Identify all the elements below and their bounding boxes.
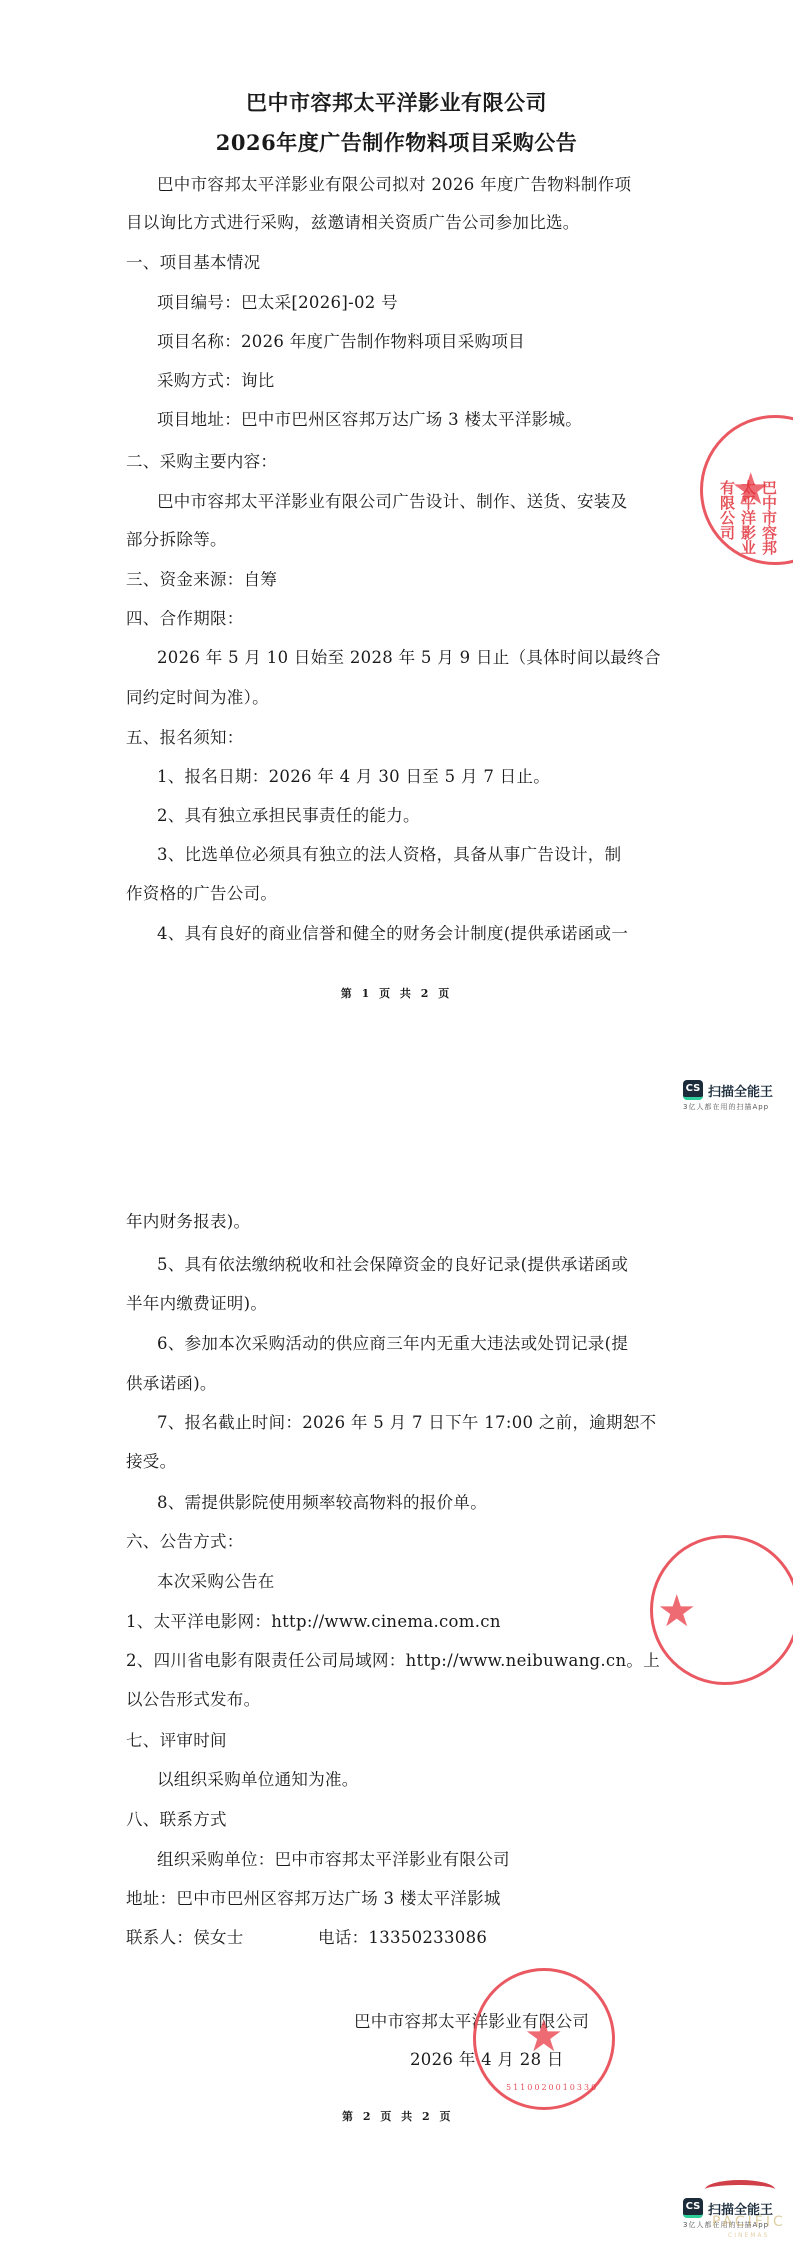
procurement-method: 采购方式：询比: [157, 371, 275, 391]
camscanner-logo-icon: CS: [683, 1080, 703, 1100]
requirement-4: 4、具有良好的商业信誉和健全的财务会计制度(提供承诺函或一: [157, 924, 628, 944]
company-seal: ★ 5110020010330: [473, 1968, 615, 2110]
pacific-brand-sub: CINEMAS: [728, 2232, 769, 2239]
section1-heading: 一、项目基本情况: [126, 253, 260, 273]
announcement-site-1: 1、太平洋电影网：http://www.cinema.com.cn: [126, 1612, 501, 1632]
contact-person: 联系人：侯女士: [126, 1928, 244, 1948]
section6-heading: 六、公告方式：: [126, 1532, 244, 1552]
section4-heading: 四、合作期限：: [126, 609, 244, 629]
contact-phone: 电话：13350233086: [318, 1928, 487, 1948]
requirement-3-cont: 作资格的广告公司。: [126, 884, 277, 904]
section7-heading: 七、评审时间: [126, 1731, 227, 1751]
requirement-3: 3、比选单位必须具有独立的法人资格，具备从事广告设计，制: [157, 845, 621, 865]
document-title: 巴中市容邦太平洋影业有限公司: [0, 90, 793, 116]
intro-line-1: 巴中市容邦太平洋影业有限公司拟对 2026 年度广告物料制作项: [157, 175, 631, 195]
seal-star-icon: ★: [524, 2015, 563, 2059]
announcement-intro: 本次采购公告在: [157, 1572, 275, 1592]
requirement-6-cont: 供承诺函)。: [126, 1374, 217, 1394]
section4-text-2: 同约定时间为准）。: [126, 688, 269, 708]
contact-address: 地址：巴中市巴州区容邦万达广场 3 楼太平洋影城: [126, 1889, 501, 1909]
section5-heading: 五、报名须知：: [126, 728, 244, 748]
requirement-2: 2、具有独立承担民事责任的能力。: [157, 806, 420, 826]
company-seal-partial-2: ★: [650, 1535, 793, 1685]
contact-org: 组织采购单位：巴中市容邦太平洋影业有限公司: [157, 1850, 510, 1870]
project-number: 项目编号：巴太采[2026]-02 号: [157, 293, 398, 313]
project-name: 项目名称：2026 年度广告制作物料项目采购项目: [157, 332, 525, 352]
requirement-7: 7、报名截止时间：2026 年 5 月 7 日下午 17:00 之前，逾期恕不: [157, 1413, 656, 1433]
requirement-7-cont: 接受。: [126, 1452, 176, 1472]
section2-text-1: 巴中市容邦太平洋影业有限公司广告设计、制作、送货、安装及: [157, 492, 627, 512]
requirement-5-cont: 半年内缴费证明)。: [126, 1294, 267, 1314]
section8-heading: 八、联系方式: [126, 1810, 227, 1830]
announcement-site-2: 2、四川省电影有限责任公司局域网：http://www.neibuwang.cn…: [126, 1651, 660, 1671]
pacific-swoosh-icon: [705, 2180, 775, 2199]
requirement-8: 8、需提供影院使用频率较高物料的报价单。: [157, 1493, 487, 1513]
requirement-5: 5、具有依法缴纳税收和社会保障资金的良好记录(提供承诺函或: [157, 1255, 628, 1275]
pacific-brand: PACIFIC: [712, 2214, 786, 2230]
section2-heading: 二、采购主要内容：: [126, 452, 277, 472]
section3-heading: 三、资金来源：自筹: [126, 570, 277, 590]
page-footer-2: 第 2 页 共 2 页: [342, 2108, 453, 2124]
project-address: 项目地址：巴中市巴州区容邦万达广场 3 楼太平洋影城。: [157, 410, 582, 430]
seal-star-icon: ★: [657, 1590, 696, 1634]
company-seal-partial-1: ★ 巴中市容邦太平洋影业有限公司: [700, 415, 793, 565]
section4-text-1: 2026 年 5 月 10 日始至 2028 年 5 月 9 日止（具体时间以最…: [157, 648, 661, 668]
requirement-1: 1、报名日期：2026 年 4 月 30 日至 5 月 7 日止。: [157, 767, 550, 787]
camscanner-logo-icon: CS: [683, 2198, 703, 2218]
page-footer-1: 第 1 页 共 2 页: [0, 985, 793, 1001]
camscanner-tagline-1: 3亿人都在用的扫描App: [683, 1102, 769, 1112]
seal-number: 5110020010330: [506, 2083, 598, 2092]
document-subtitle: 2026年度广告制作物料项目采购公告: [0, 130, 793, 156]
requirement-4-cont: 年内财务报表)。: [126, 1212, 250, 1232]
camscanner-watermark-1: CS 扫描全能王: [683, 1080, 773, 1100]
section7-text: 以组织采购单位通知为准。: [157, 1770, 359, 1790]
requirement-6: 6、参加本次采购活动的供应商三年内无重大违法或处罚记录(提: [157, 1334, 628, 1354]
seal-text: 巴中市容邦太平洋影业有限公司: [717, 480, 780, 562]
intro-line-2: 目以询比方式进行采购，兹邀请相关资质广告公司参加比选。: [126, 213, 580, 233]
announcement-outro: 以公告形式发布。: [126, 1690, 260, 1710]
camscanner-name: 扫描全能王: [708, 1081, 773, 1100]
section2-text-2: 部分拆除等。: [126, 530, 227, 550]
